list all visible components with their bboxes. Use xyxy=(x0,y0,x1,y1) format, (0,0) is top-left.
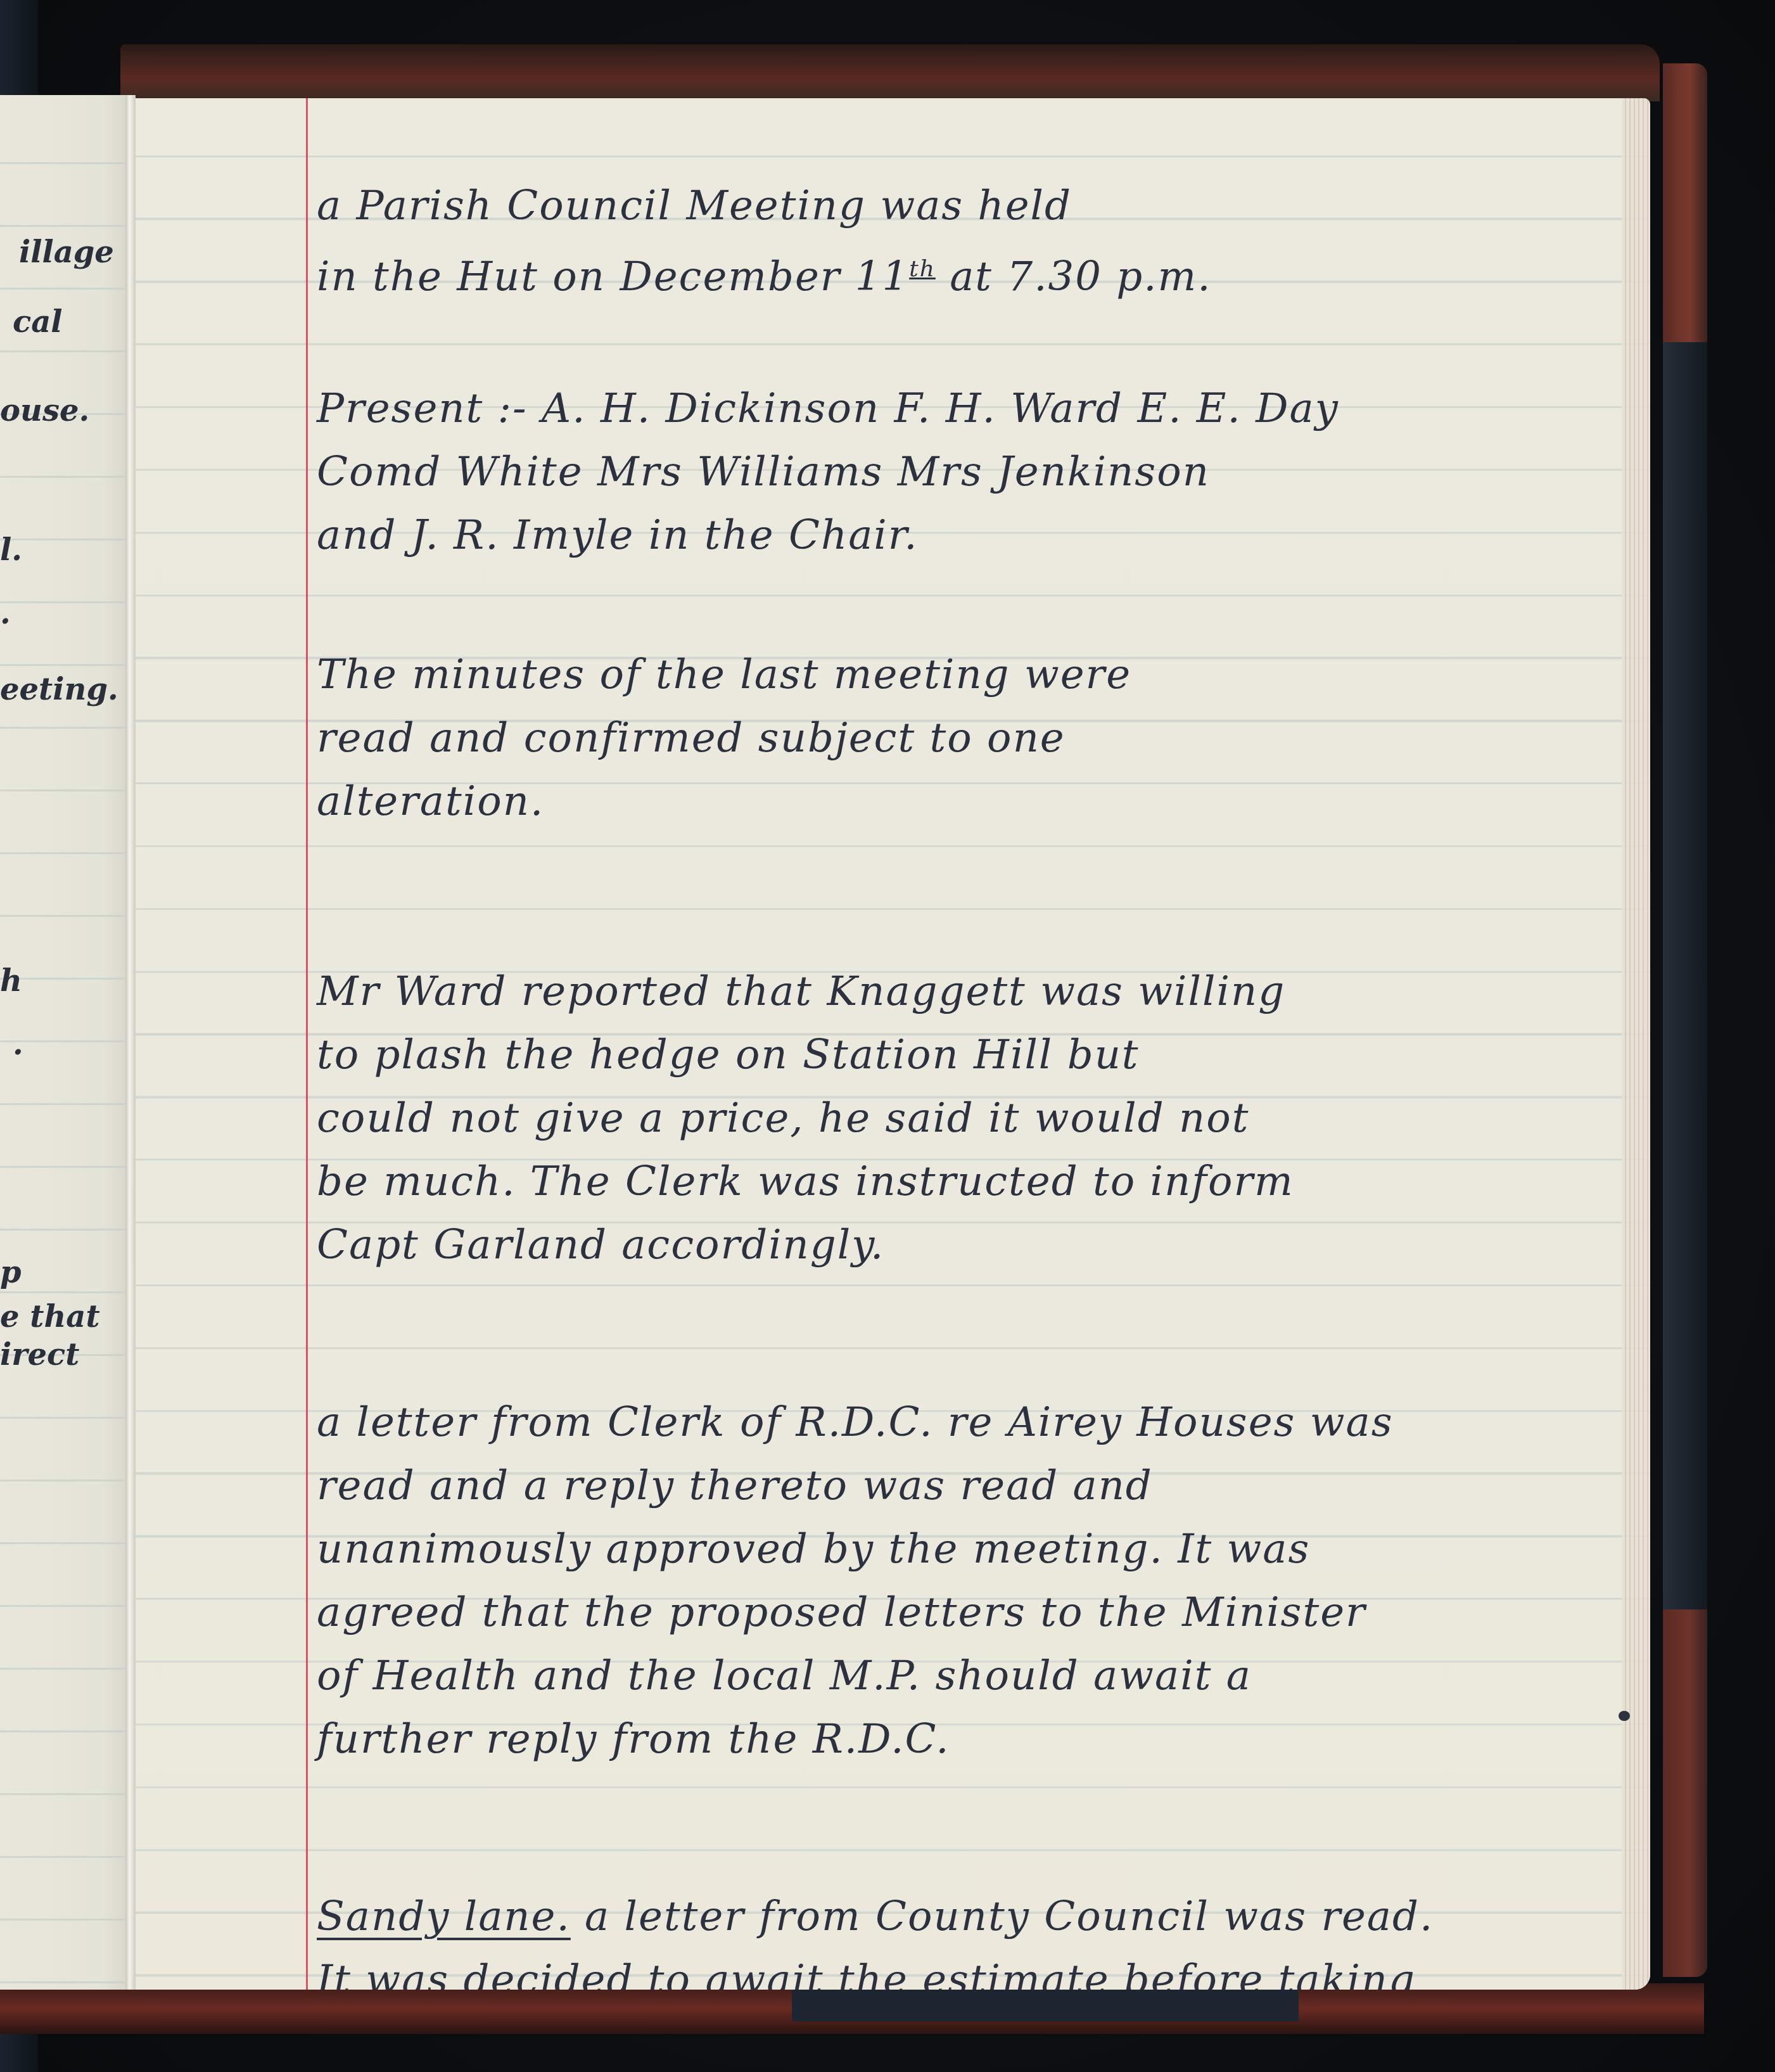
fragment: eeting. xyxy=(0,672,118,707)
text-line: Capt Garland accordingly. xyxy=(317,1213,1609,1277)
right-page: a Parish Council Meeting was held in the… xyxy=(133,98,1650,1990)
fragment: irect xyxy=(0,1337,79,1372)
paragraph-hedge: Mr Ward reported that Knaggett was willi… xyxy=(317,960,1609,1277)
text-line: agreed that the proposed letters to the … xyxy=(317,1581,1609,1644)
text-line: further reply from the R.D.C. xyxy=(317,1708,1609,1771)
text-line: to plash the hedge on Station Hill but xyxy=(317,1023,1609,1087)
text-line: in the Hut on December 11th at 7.30 p.m. xyxy=(317,238,1609,301)
text-line: unanimously approved by the meeting. It … xyxy=(317,1518,1609,1581)
text-line: read and a reply thereto was read and xyxy=(317,1454,1609,1518)
text-line-part: at 7.30 p.m. xyxy=(936,253,1212,300)
text-line: and J. R. Imyle in the Chair. xyxy=(317,504,1609,567)
fragment: . xyxy=(13,1026,23,1062)
book-gutter xyxy=(125,95,136,1990)
text-line-part: a letter from County Council was read. xyxy=(585,1893,1434,1940)
fragment: cal xyxy=(13,304,63,340)
text-line-part: in the Hut on December xyxy=(317,253,855,300)
text-line: a letter from Clerk of R.D.C. re Airey H… xyxy=(317,1391,1609,1454)
leather-corner-top xyxy=(1663,63,1707,342)
left-page-text-fragments: illage cal ouse. l. . eeting. h . p e th… xyxy=(0,95,127,1990)
cloth-cover-side xyxy=(1663,342,1707,1609)
paragraph-opening: a Parish Council Meeting was held in the… xyxy=(317,174,1609,301)
text-line: It was decided to await the estimate bef… xyxy=(317,1948,1609,1990)
fragment: illage xyxy=(19,234,114,270)
paragraph-present: Present :- A. H. Dickinson F. H. Ward E.… xyxy=(317,377,1609,567)
fragment: . xyxy=(0,596,11,631)
text-line: alteration. xyxy=(317,770,1609,833)
text-line: Comd White Mrs Williams Mrs Jenkinson xyxy=(317,440,1609,504)
text-line: Mr Ward reported that Knaggett was willi… xyxy=(317,960,1609,1023)
ink-blot xyxy=(1619,1711,1630,1721)
paragraph-airey-houses: a letter from Clerk of R.D.C. re Airey H… xyxy=(317,1391,1609,1771)
top-cover-edge xyxy=(120,44,1660,101)
right-book-cover xyxy=(1663,63,1707,1977)
minutes-text: a Parish Council Meeting was held in the… xyxy=(317,174,1609,1990)
paragraph-sandy-lane: Sandy lane. a letter from County Council… xyxy=(317,1885,1609,1990)
text-line: of Health and the local M.P. should awai… xyxy=(317,1644,1609,1708)
day-number: 11 xyxy=(855,253,909,300)
fragment: e that xyxy=(0,1299,100,1334)
paragraph-minutes: The minutes of the last meeting were rea… xyxy=(317,643,1609,833)
text-line: Present :- A. H. Dickinson F. H. Ward E.… xyxy=(317,377,1609,440)
leather-corner-bottom xyxy=(1663,1609,1707,1977)
ordinal-suffix: th xyxy=(909,256,936,282)
fragment: l. xyxy=(0,532,22,568)
fragment: p xyxy=(0,1255,22,1290)
fragment: h xyxy=(0,963,22,999)
text-line: be much. The Clerk was instructed to inf… xyxy=(317,1150,1609,1213)
page-stack-edge xyxy=(1622,98,1650,1990)
red-margin-line xyxy=(306,98,308,1990)
text-line: read and confirmed subject to one xyxy=(317,707,1609,770)
section-heading: Sandy lane. xyxy=(317,1893,571,1940)
text-line: Sandy lane. a letter from County Council… xyxy=(317,1885,1609,1948)
left-page: illage cal ouse. l. . eeting. h . p e th… xyxy=(0,95,130,1990)
text-line: The minutes of the last meeting were xyxy=(317,643,1609,707)
text-line: a Parish Council Meeting was held xyxy=(317,174,1609,238)
bottom-cover-edge xyxy=(0,1983,1704,2034)
text-line: could not give a price, he said it would… xyxy=(317,1087,1609,1150)
fragment: ouse. xyxy=(0,393,89,428)
